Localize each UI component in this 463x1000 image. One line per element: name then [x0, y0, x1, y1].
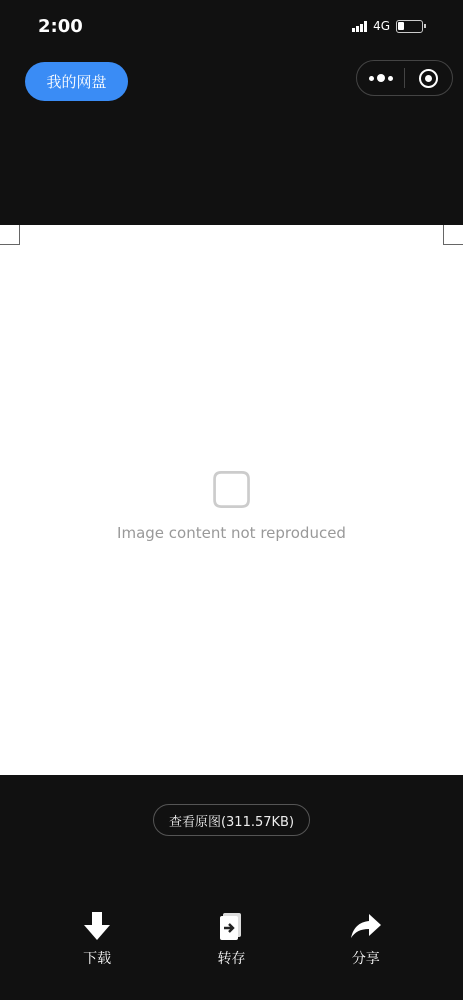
signal-icon: [352, 21, 367, 32]
share-icon: [349, 910, 383, 942]
status-bar: 2:00 4G: [0, 0, 463, 56]
close-miniprogram-button[interactable]: [405, 69, 452, 88]
status-time: 2:00: [38, 16, 83, 37]
download-button[interactable]: 下载: [62, 900, 132, 1000]
my-netdisk-button[interactable]: 我的网盘: [25, 62, 128, 101]
placeholder-text: Image content not reproduced: [117, 524, 346, 542]
bottom-action-bar: 下载 转存 分享: [0, 900, 463, 1000]
save-to-drive-label: 转存: [217, 948, 245, 968]
status-indicators: 4G: [352, 19, 423, 33]
target-icon: [419, 69, 438, 88]
save-to-drive-icon: [216, 910, 246, 942]
save-to-drive-button[interactable]: 转存: [196, 900, 266, 1000]
share-label: 分享: [352, 948, 380, 968]
image-icon: ▢: [209, 458, 254, 514]
download-label: 下载: [83, 948, 111, 968]
more-menu-button[interactable]: [357, 74, 404, 82]
miniprogram-capsule: [356, 60, 453, 96]
battery-icon: [396, 20, 423, 33]
view-original-button[interactable]: 查看原图(311.57KB): [153, 804, 310, 836]
image-placeholder: ▢ Image content not reproduced: [0, 225, 463, 775]
download-icon: [82, 910, 112, 942]
network-type: 4G: [373, 19, 390, 33]
image-preview[interactable]: ▢ Image content not reproduced: [0, 225, 463, 775]
share-button[interactable]: 分享: [331, 900, 401, 1000]
